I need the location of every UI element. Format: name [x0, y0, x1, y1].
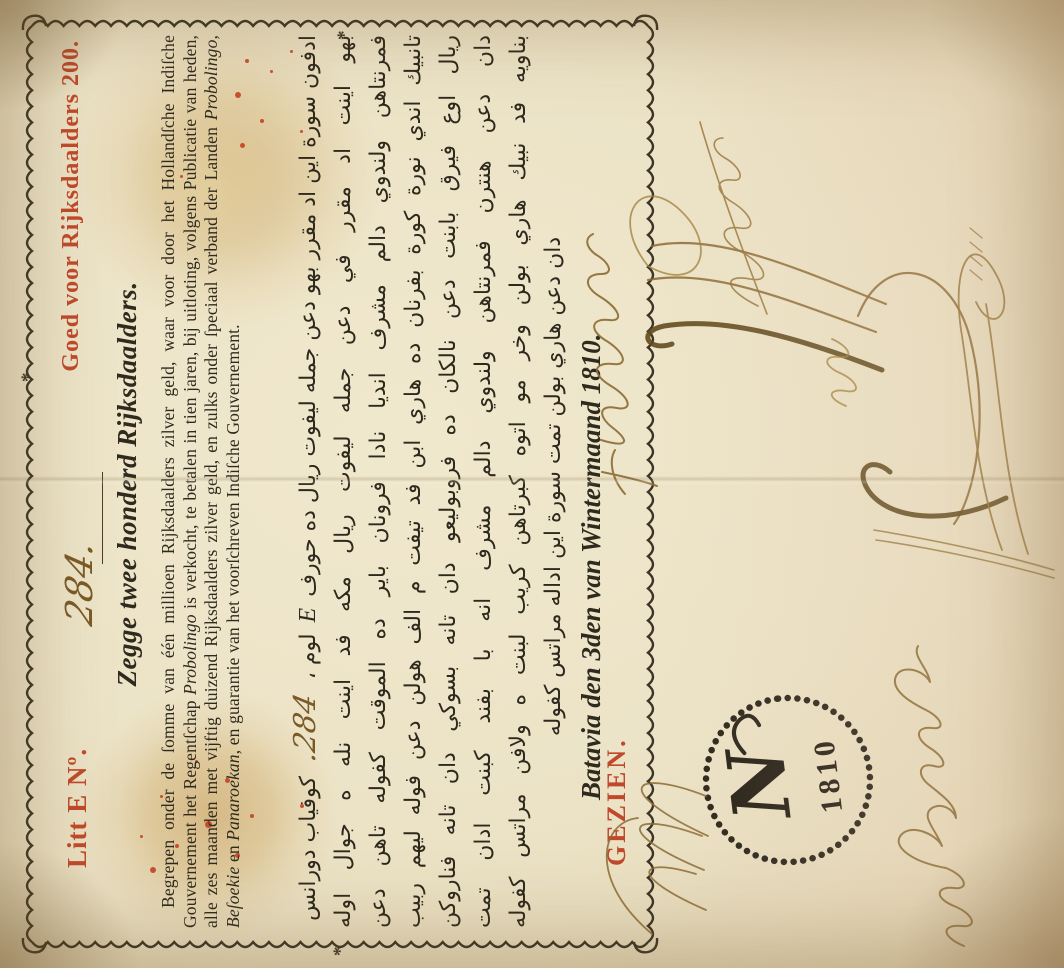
signature-official-2 [648, 243, 886, 332]
signature-long-bottom [895, 646, 972, 946]
signatures-layer [0, 0, 1064, 968]
signature-flourish-s [858, 273, 980, 524]
signature-over-gezien [607, 783, 708, 934]
signature-official-1 [587, 234, 657, 494]
document-paper: * * * Litt E Nº. 284. Goed voor Rijksdaa… [0, 0, 1064, 968]
historical-banknote-scan: * * * Litt E Nº. 284. Goed voor Rijksdaa… [0, 0, 1064, 968]
signature-official-2-bold [648, 324, 882, 370]
signature-long-bottom-tail [874, 530, 1054, 578]
